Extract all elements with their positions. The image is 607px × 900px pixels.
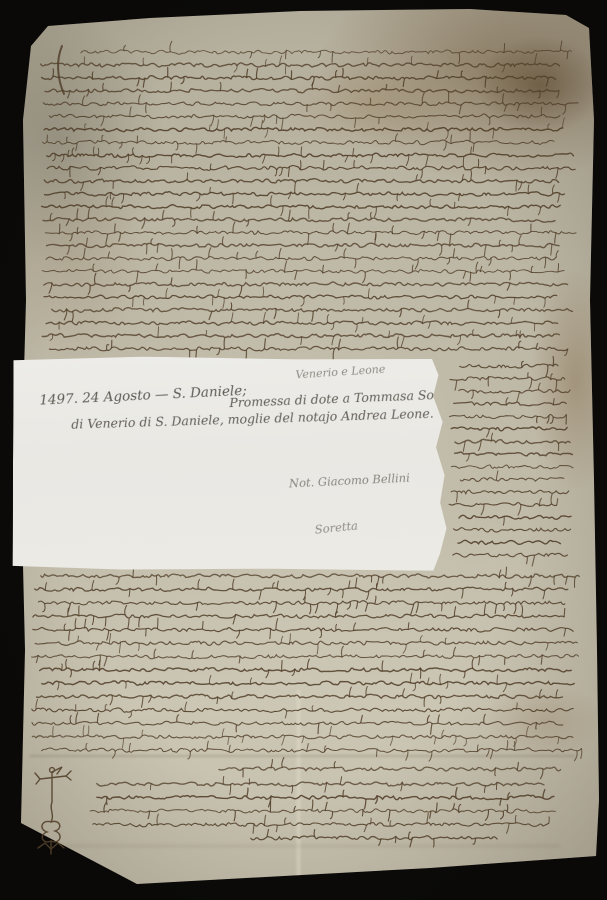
- slip-bottom-annotation: Soretta: [314, 518, 358, 536]
- slip-notary-note: Not. Giacomo Bellini: [289, 471, 410, 491]
- photo-backdrop: Venerio e Leone 1497. 24 Agosto — S. Dan…: [0, 0, 607, 900]
- catalogue-slip: Venerio e Leone 1497. 24 Agosto — S. Dan…: [13, 356, 450, 571]
- slip-summary-line-2: di Venerio di S. Daniele, moglie del not…: [71, 406, 434, 432]
- slip-date-place: 1497. 24 Agosto — S. Daniele;: [39, 383, 247, 409]
- slip-archive-heading: Venerio e Leone: [295, 363, 386, 382]
